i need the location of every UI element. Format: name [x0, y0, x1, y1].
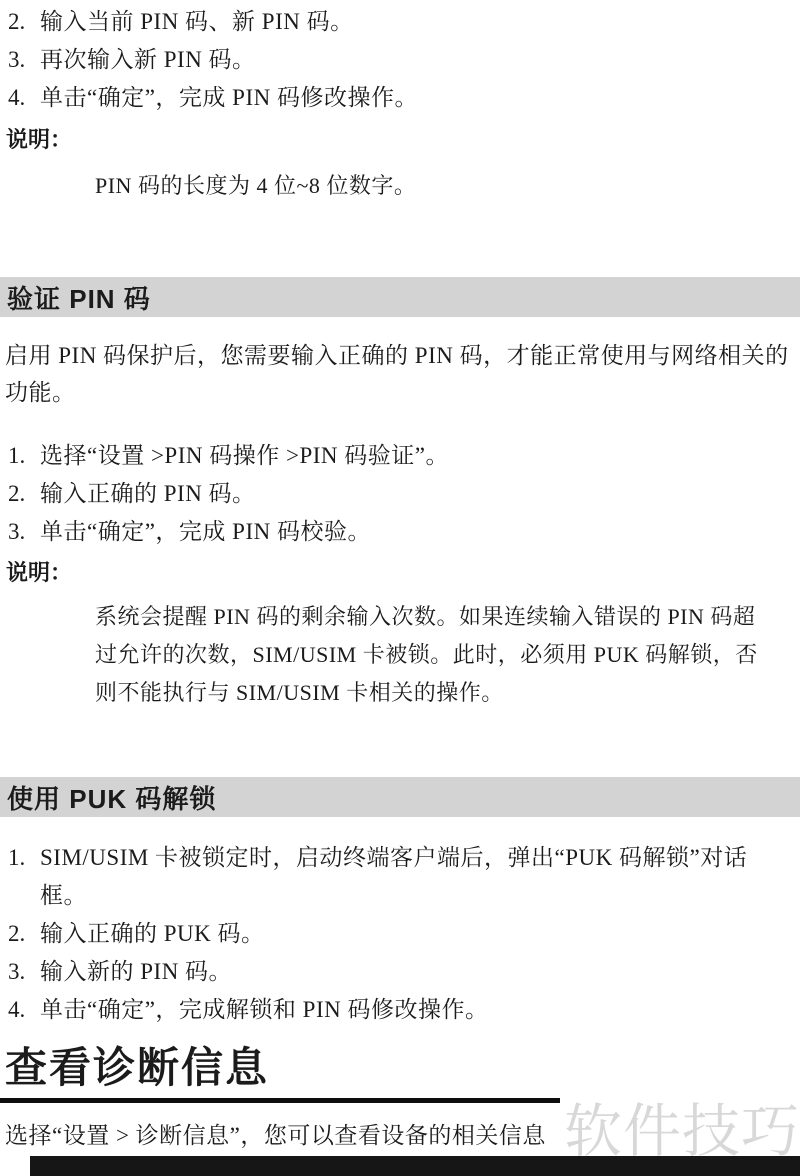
- step-number: 2.: [0, 915, 40, 953]
- puk-unlock-steps: 1. SIM/USIM 卡被锁定时，启动终端客户端后，弹出“PUK 码解锁”对话…: [0, 839, 800, 1029]
- list-item: 2. 输入正确的 PUK 码。: [0, 915, 800, 953]
- pin-verify-steps: 1. 选择“设置 >PIN 码操作 >PIN 码验证”。 2. 输入正确的 PI…: [0, 437, 800, 551]
- step-number: 3.: [0, 513, 40, 551]
- list-item: 3. 单击“确定”，完成 PIN 码校验。: [0, 513, 800, 551]
- note-body: 系统会提醒 PIN 码的剩余输入次数。如果连续输入错误的 PIN 码超过允许的次…: [95, 598, 772, 712]
- step-text: 再次输入新 PIN 码。: [40, 41, 800, 79]
- list-item: 2. 输入当前 PIN 码、新 PIN 码。: [0, 3, 800, 41]
- step-text: 单击“确定”，完成 PIN 码修改操作。: [40, 79, 800, 117]
- step-number: 1.: [0, 437, 40, 475]
- step-text: 输入当前 PIN 码、新 PIN 码。: [40, 3, 800, 41]
- step-text: 输入正确的 PIN 码。: [40, 475, 800, 513]
- step-number: 3.: [0, 41, 40, 79]
- step-number: 2.: [0, 475, 40, 513]
- list-item: 3. 输入新的 PIN 码。: [0, 953, 800, 991]
- step-number: 2.: [0, 3, 40, 41]
- watermark: 软件技巧: [560, 1088, 800, 1164]
- step-text: 输入新的 PIN 码。: [40, 953, 800, 991]
- chapter-rule: [0, 1098, 562, 1103]
- manual-page: 2. 输入当前 PIN 码、新 PIN 码。 3. 再次输入新 PIN 码。 4…: [0, 0, 800, 1176]
- step-text: 输入正确的 PUK 码。: [40, 915, 800, 953]
- step-number: 4.: [0, 79, 40, 117]
- step-number: 4.: [0, 991, 40, 1029]
- bottom-edge-bar: [30, 1156, 800, 1176]
- pin-modify-steps: 2. 输入当前 PIN 码、新 PIN 码。 3. 再次输入新 PIN 码。 4…: [0, 3, 800, 117]
- list-item: 1. SIM/USIM 卡被锁定时，启动终端客户端后，弹出“PUK 码解锁”对话…: [0, 839, 800, 915]
- note-label: 说明：: [0, 558, 800, 588]
- intro-paragraph: 启用 PIN 码保护后，您需要输入正确的 PIN 码，才能正常使用与网络相关的功…: [0, 337, 800, 411]
- section-heading-verify-pin: 验证 PIN 码: [0, 277, 800, 317]
- list-item: 4. 单击“确定”，完成解锁和 PIN 码修改操作。: [0, 991, 800, 1029]
- step-text: 单击“确定”，完成解锁和 PIN 码修改操作。: [40, 991, 800, 1029]
- note-label: 说明：: [0, 125, 800, 155]
- step-number: 3.: [0, 953, 40, 991]
- list-item: 3. 再次输入新 PIN 码。: [0, 41, 800, 79]
- step-number: 1.: [0, 839, 40, 915]
- section-heading-puk-unlock: 使用 PUK 码解锁: [0, 777, 800, 817]
- step-text: SIM/USIM 卡被锁定时，启动终端客户端后，弹出“PUK 码解锁”对话框。: [40, 839, 800, 915]
- list-item: 2. 输入正确的 PIN 码。: [0, 475, 800, 513]
- step-text: 选择“设置 >PIN 码操作 >PIN 码验证”。: [40, 437, 800, 475]
- list-item: 4. 单击“确定”，完成 PIN 码修改操作。: [0, 79, 800, 117]
- note-body: PIN 码的长度为 4 位~8 位数字。: [95, 167, 772, 205]
- step-text: 单击“确定”，完成 PIN 码校验。: [40, 513, 800, 551]
- list-item: 1. 选择“设置 >PIN 码操作 >PIN 码验证”。: [0, 437, 800, 475]
